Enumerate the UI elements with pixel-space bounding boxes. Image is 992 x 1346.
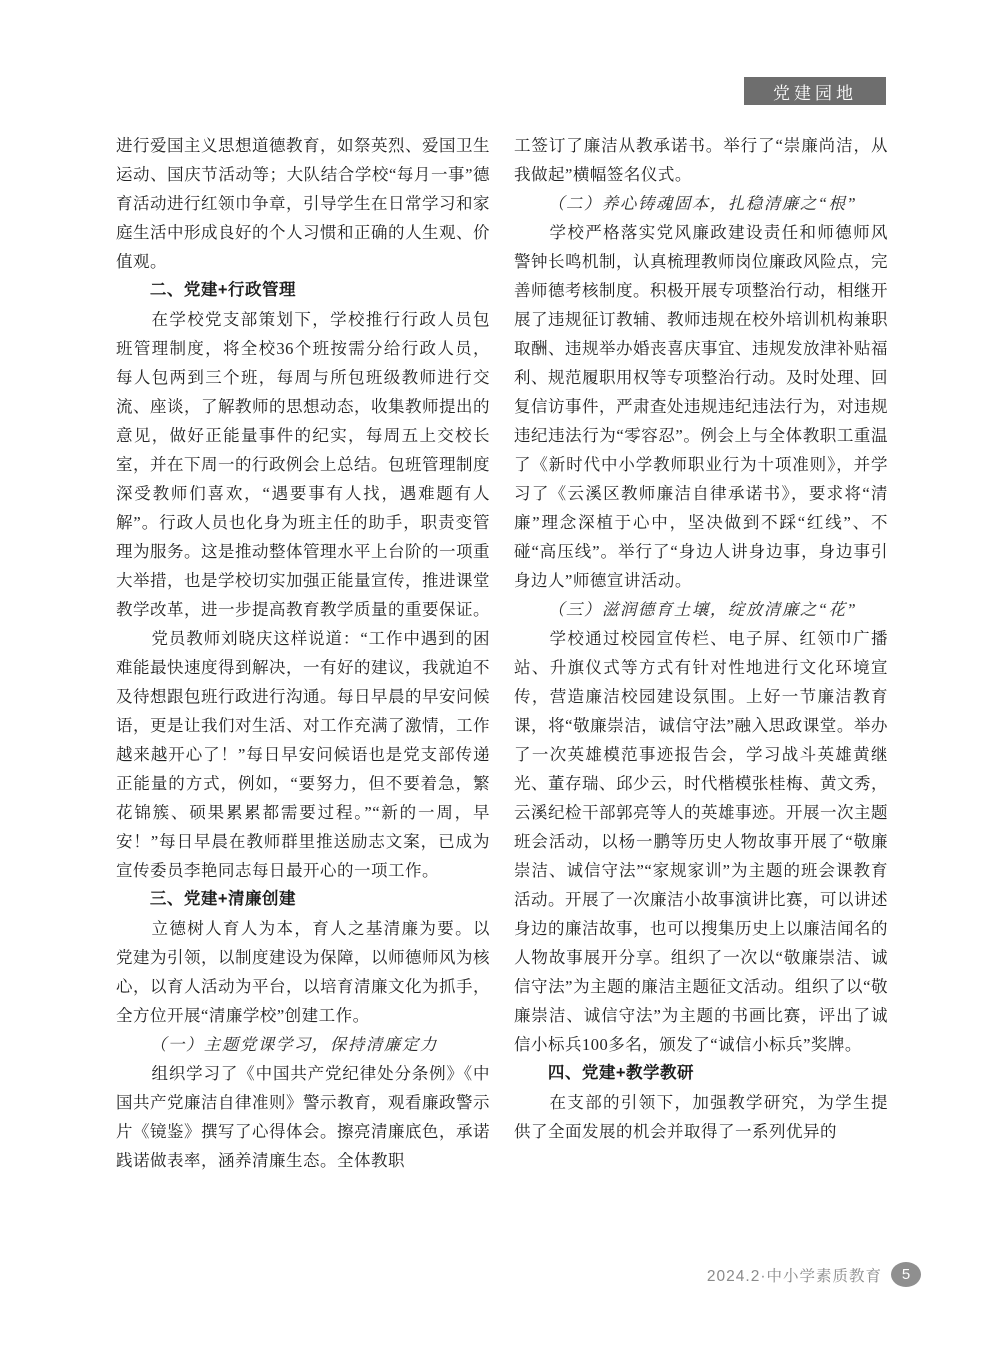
section-heading: 四、党建+教学教研 xyxy=(514,1059,888,1088)
sub-heading: （三）滋润德育土壤，绽放清廉之“花” xyxy=(514,595,888,624)
section-badge-label: 党建园地 xyxy=(773,79,857,104)
sub-heading: （二）养心铸魂固本，扎稳清廉之“根” xyxy=(514,189,888,218)
paragraph: 在支部的引领下，加强教学研究，为学生提供了全面发展的机会并取得了一系列优异的 xyxy=(514,1088,888,1146)
paragraph: 组织学习了《中国共产党纪律处分条例》《中国共产党廉洁自律准则》警示教育，观看廉政… xyxy=(116,1059,490,1175)
section-heading: 三、党建+清廉创建 xyxy=(116,885,490,914)
paragraph: 学校通过校园宣传栏、电子屏、红领巾广播站、升旗仪式等方式有针对性地进行文化环境宣… xyxy=(514,624,888,1059)
paragraph: 党员教师刘晓庆这样说道：“工作中遇到的困难能最快速度得到解决，一有好的建议，我就… xyxy=(116,624,490,885)
section-heading: 二、党建+行政管理 xyxy=(116,276,490,305)
page-number: 5 xyxy=(902,1266,910,1283)
right-column: 工签订了廉洁从教承诺书。举行了“崇廉尚洁，从我做起”横幅签名仪式。（二）养心铸魂… xyxy=(514,131,888,1175)
paragraph: 工签订了廉洁从教承诺书。举行了“崇廉尚洁，从我做起”横幅签名仪式。 xyxy=(514,131,888,189)
journal-issue-label: 2024.2·中小学素质教育 xyxy=(707,1264,882,1286)
page-footer: 2024.2·中小学素质教育 5 xyxy=(707,1262,921,1287)
left-column: 进行爱国主义思想道德教育，如祭英烈、爱国卫生运动、国庆节活动等；大队结合学校“每… xyxy=(116,131,490,1175)
article-body: 进行爱国主义思想道德教育，如祭英烈、爱国卫生运动、国庆节活动等；大队结合学校“每… xyxy=(116,131,888,1175)
journal-page: 党建园地 进行爱国主义思想道德教育，如祭英烈、爱国卫生运动、国庆节活动等；大队结… xyxy=(0,0,992,1346)
paragraph: 学校严格落实党风廉政建设责任和师德师风警钟长鸣机制，认真梳理教师岗位廉政风险点，… xyxy=(514,218,888,595)
section-badge: 党建园地 xyxy=(744,77,886,105)
paragraph: 在学校党支部策划下，学校推行行政人员包班管理制度，将全校36个班按需分给行政人员… xyxy=(116,305,490,624)
paragraph: 立德树人育人为本，育人之基清廉为要。以党建为引领，以制度建设为保障，以师德师风为… xyxy=(116,914,490,1030)
page-number-badge: 5 xyxy=(891,1262,921,1287)
paragraph: 进行爱国主义思想道德教育，如祭英烈、爱国卫生运动、国庆节活动等；大队结合学校“每… xyxy=(116,131,490,276)
sub-heading: （一）主题党课学习，保持清廉定力 xyxy=(116,1030,490,1059)
